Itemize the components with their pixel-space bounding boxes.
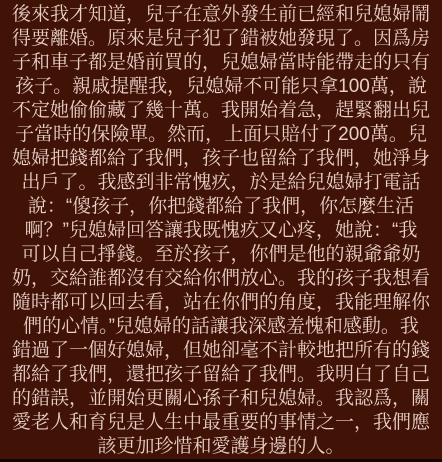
story-line: 啊？”兒媳婦回答讓我既愧疚又心疼，她說：“我 — [0, 219, 442, 243]
story-line: 可以自己掙錢。至於孩子，你們是他的親爺爺奶 — [0, 243, 442, 267]
story-line: 該更加珍惜和愛護身邊的人。 — [0, 435, 442, 459]
story-page: 後來我才知道，兒子在意外發生前已經和兒媳婦鬧 得要離婚。原來是兒子犯了錯被她發現… — [0, 0, 442, 462]
story-line: 後來我才知道，兒子在意外發生前已經和兒媳婦鬧 — [0, 3, 442, 27]
story-line: 孩子。親戚提醒我，兒媳婦不可能只拿100萬，說 — [0, 75, 442, 99]
story-line: 奶，交給誰都沒有交給你們放心。我的孩子我想看 — [0, 267, 442, 291]
story-line: 們的心情。”兒媳婦的話讓我深感羞愧和感動。我 — [0, 315, 442, 339]
story-line: 媳婦把錢都給了我們，孩子也留給了我們，她淨身 — [0, 147, 442, 171]
story-line: 出戶了。我感到非常愧疚，於是給兒媳婦打電話 — [0, 171, 442, 195]
story-line: 都給了我們，還把孩子留給了我們。我明白了自己 — [0, 363, 442, 387]
story-line: 愛老人和育兒是人生中最重要的事情之一，我們應 — [0, 411, 442, 435]
story-line: 說：“傻孩子，你把錢都給了我們，你怎麼生活 — [0, 195, 442, 219]
story-line: 不定她偷偷藏了幾十萬。我開始着急，趕緊翻出兒 — [0, 99, 442, 123]
story-line: 隨時都可以回去看，站在你們的角度，我能理解你 — [0, 291, 442, 315]
story-line: 錯過了一個好媳婦，但她卻毫不計較地把所有的錢 — [0, 339, 442, 363]
story-line: 子和車子都是婚前買的，兒媳婦當時能帶走的只有 — [0, 51, 442, 75]
story-line: 的錯誤，並開始更關心孫子和兒媳婦。我認爲，關 — [0, 387, 442, 411]
story-line: 得要離婚。原來是兒子犯了錯被她發現了。因爲房 — [0, 27, 442, 51]
story-text-block: 後來我才知道，兒子在意外發生前已經和兒媳婦鬧 得要離婚。原來是兒子犯了錯被她發現… — [0, 3, 442, 459]
story-line: 子當時的保險單。然而，上面只賠付了200萬。兒 — [0, 123, 442, 147]
